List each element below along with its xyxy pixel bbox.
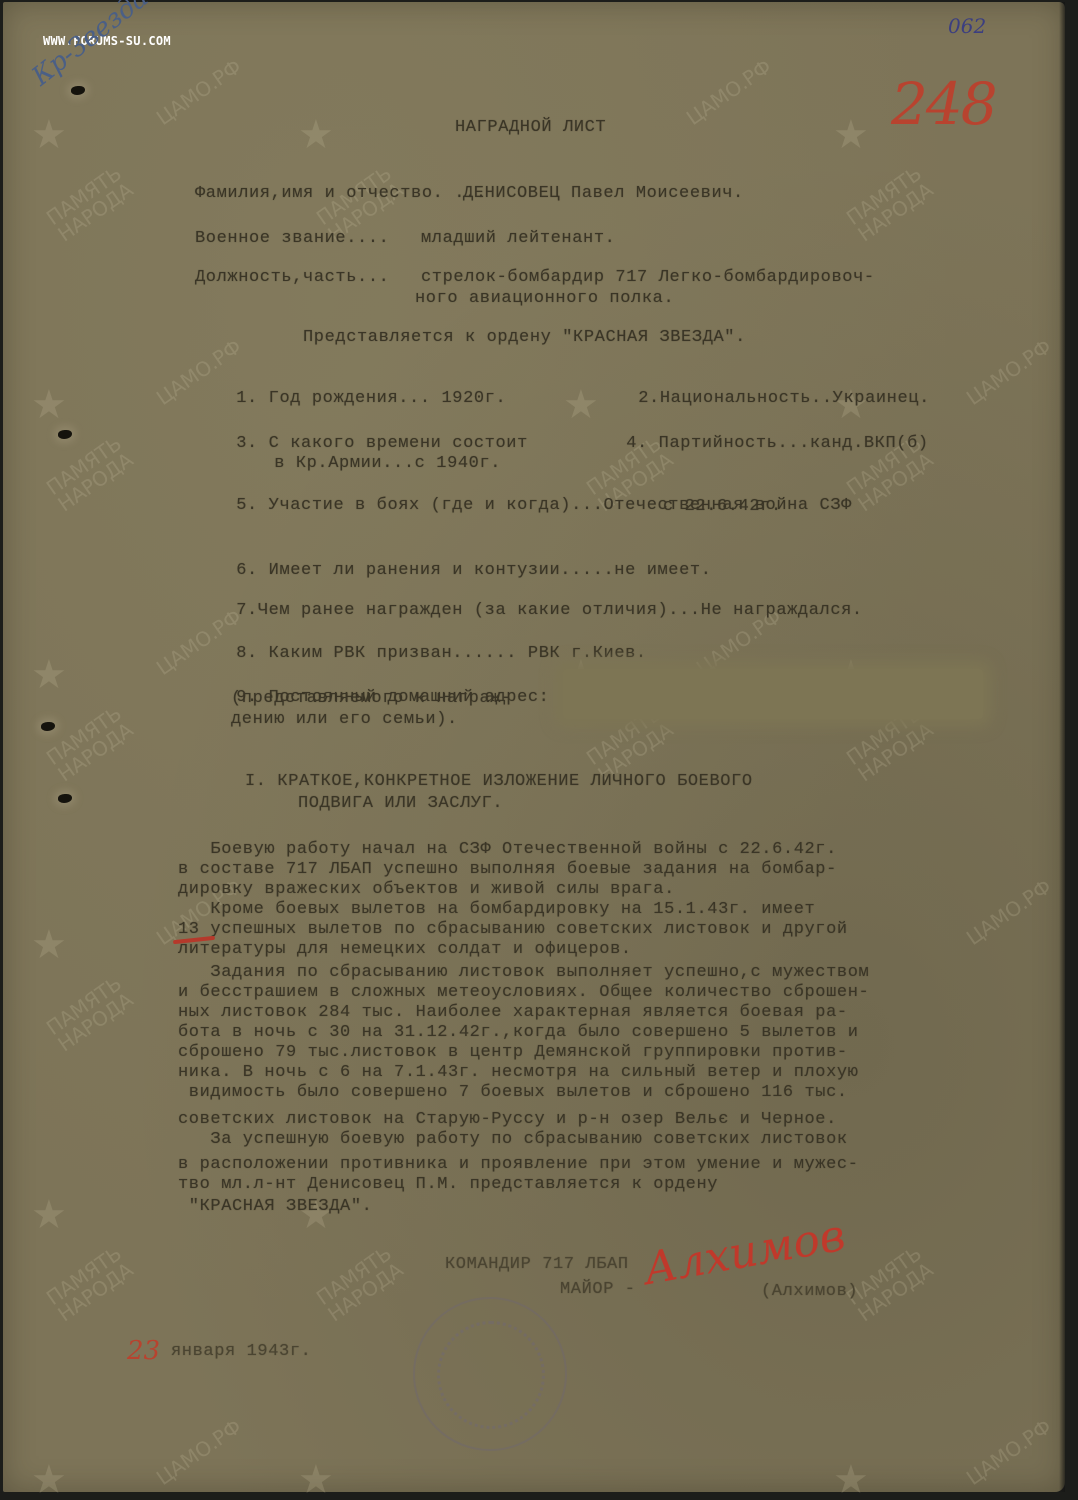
star-watermark-icon: ★ [31, 652, 67, 698]
punch-hole [58, 430, 72, 439]
narrative-line: Кроме боевых вылетов на бомбардировку на… [178, 900, 815, 919]
full-name-label: Фамилия,имя и отчество. ... [195, 184, 487, 203]
narrative-line: дировку вражеских объектов и живой силы … [178, 880, 675, 899]
memory-watermark: ПАМЯТЬ НАРОДА [43, 1243, 136, 1325]
narrative-line: бота в ночь с 30 на 31.12.42г.,когда был… [178, 1023, 859, 1042]
nominated-for-order: Представляется к ордену "КРАСНАЯ ЗВЕЗДА"… [303, 328, 746, 347]
memory-watermark: ПАМЯТЬ НАРОДА [313, 1243, 406, 1325]
commander-rank: МАЙОР - [560, 1280, 636, 1299]
item-9-address-line3: дению или его семьи). [231, 710, 458, 729]
item-number: 4. [626, 434, 648, 453]
star-watermark-icon: ★ [31, 922, 67, 968]
item-label: Имеет ли ранения и контузии..... [269, 561, 615, 580]
narrative-line: в составе 717 ЛБАП успешно выполняя боев… [178, 860, 837, 879]
narrative-line: Задания по сбрасыванию листовок выполняе… [178, 963, 869, 982]
memory-watermark: ПАМЯТЬ НАРОДА [43, 703, 136, 785]
redacted-address [563, 669, 983, 719]
section-heading-line2: ПОДВИГА ИЛИ ЗАСЛУГ. [298, 794, 503, 813]
narrative-line: 13 успешных вылетов по сбрасыванию совет… [178, 920, 848, 939]
item-number: 7. [236, 601, 258, 620]
award-sheet-page: ЦАМО.РФ ЦАМО.РФ ЦАМО.РФ ЦАМО.РФ ЦАМО.РФ … [3, 2, 1065, 1492]
narrative-line: ника. В ночь с 6 на 7.1.43г. несмотря на… [178, 1063, 859, 1082]
memory-watermark: ПАМЯТЬ НАРОДА [43, 973, 136, 1055]
narrative-line: тво мл.л-нт Денисовец П.М. представляетс… [178, 1175, 718, 1194]
punch-hole [58, 794, 72, 803]
document-title: НАГРАДНОЙ ЛИСТ [455, 118, 606, 137]
star-watermark-icon: ★ [833, 112, 869, 158]
punch-hole [41, 722, 55, 731]
full-name-value: ДЕНИСОВЕЦ Павел Моисеевич. [463, 184, 744, 203]
archive-number: 062 [948, 14, 986, 38]
narrative-line: литературы для немецких солдат и офицеро… [178, 940, 632, 959]
camo-watermark: ЦАМО.РФ [683, 56, 775, 129]
rank-label: Военное звание.... [195, 229, 389, 248]
narrative-line: "КРАСНАЯ ЗВЕЗДА". [178, 1197, 372, 1216]
star-watermark-icon: ★ [31, 1192, 67, 1238]
item-value: 1920г. [441, 389, 506, 408]
memory-watermark: ПАМЯТЬ НАРОДА [43, 433, 136, 515]
punch-hole [71, 86, 85, 95]
sheet-number: 248 [891, 70, 996, 138]
star-watermark-icon: ★ [298, 1457, 334, 1500]
star-watermark-icon: ★ [31, 382, 67, 428]
memory-watermark: ПАМЯТЬ НАРОДА [843, 163, 936, 245]
narrative-line: советских листовок на Старую-Руссу и р-н… [178, 1110, 837, 1129]
narrative-line: За успешную боевую работу по сбрасыванию… [178, 1130, 848, 1149]
narrative-line: Боевую работу начал на СЗФ Отечественной… [178, 840, 837, 859]
star-watermark-icon: ★ [31, 112, 67, 158]
item-value: не имеет. [614, 561, 711, 580]
commander-name: (Алхимов) [761, 1282, 858, 1301]
item-number: 2. [638, 389, 660, 408]
item-label: Участие в боях (где и когда)... [269, 496, 604, 515]
item-value: .канд.ВКП(б) [799, 434, 929, 453]
item-value: 1940г. [436, 454, 501, 473]
item-label: в Кр.Армии...с [274, 454, 425, 473]
section-heading-line1: I. КРАТКОЕ,КОНКРЕТНОЕ ИЗЛОЖЕНИЕ ЛИЧНОГО … [245, 772, 753, 791]
item-4-party: 4. Партийность...канд.ВКП(б) [583, 415, 929, 472]
item-number: 1. [236, 389, 258, 408]
star-watermark-icon: ★ [833, 1457, 869, 1500]
date-month-year: января 1943г. [171, 1342, 311, 1361]
item-number: 5. [236, 496, 258, 515]
item-value: РВК г.Киев. [528, 644, 647, 663]
camo-watermark: ЦАМО.РФ [153, 56, 245, 129]
position-value-line1: стрелок-бомбардир 717 Легко-бомбардирово… [421, 268, 875, 287]
official-stamp [413, 1297, 567, 1451]
camo-watermark: ЦАМО.РФ [963, 336, 1055, 409]
narrative-line: ных листовок 284 тыс. Наиболее характерн… [178, 1003, 848, 1022]
item-label: Партийность.. [659, 434, 799, 453]
item-value: Не награждался. [701, 601, 863, 620]
position-label: Должность,часть... [195, 268, 389, 287]
rank-value: младший лейтенант. [421, 229, 615, 248]
date-day: 23 [127, 1336, 160, 1366]
star-watermark-icon: ★ [31, 1457, 67, 1500]
position-value-line2: ного авиационного полка. [415, 289, 674, 308]
narrative-line: и бесстрашием в сложных метеоусловиях. О… [178, 983, 869, 1002]
narrative-line: видимость было совершено 7 боевых вылето… [178, 1083, 848, 1102]
item-label: Каким РВК призван...... [269, 644, 517, 663]
item-number: 8. [236, 644, 258, 663]
item-label: Год рождения... [269, 389, 431, 408]
item-label: Чем ранее награжден (за какие отличия)..… [258, 601, 701, 620]
item-label: Национальность. [660, 389, 822, 408]
camo-watermark: ЦАМО.РФ [153, 1416, 245, 1489]
item-number: 6. [236, 561, 258, 580]
item-5-battles-line2: с 22.6.42г. [663, 497, 782, 516]
commander-title: КОМАНДИР 717 ЛБАП [445, 1255, 629, 1274]
item-9-address-line2: (представляемого к награж- [231, 689, 512, 708]
camo-watermark: ЦАМО.РФ [963, 876, 1055, 949]
item-value: .Украинец. [822, 389, 930, 408]
camo-watermark: ЦАМО.РФ [963, 1416, 1055, 1489]
narrative-line: сброшено 79 тыс.листовок в центр Демянск… [178, 1043, 848, 1062]
memory-watermark: ПАМЯТЬ НАРОДА [43, 163, 136, 245]
star-watermark-icon: ★ [298, 112, 334, 158]
narrative-line: в расположении противника и проявление п… [178, 1155, 859, 1174]
